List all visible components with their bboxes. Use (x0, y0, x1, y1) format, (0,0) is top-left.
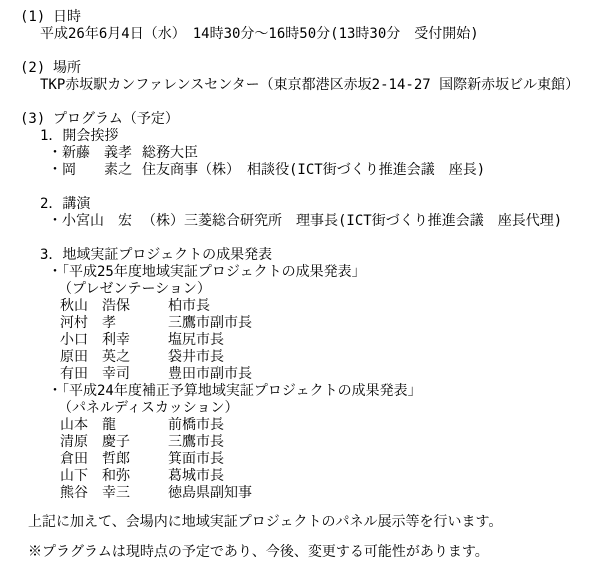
bullet-icon: ・ (48, 213, 62, 229)
person-row: 倉田 哲郎箕面市長 (0, 451, 591, 468)
person-name: 山本 龍 (60, 417, 168, 434)
speaker-row: ・小宮山 宏（株）三菱総合研究所 理事長(ICT街づくり推進会議 座長代理) (0, 213, 591, 230)
subsection-h25-title: ・「平成25年度地域実証プロジェクトの成果発表」 (0, 264, 591, 281)
speaker-title: （株）三菱総合研究所 理事長(ICT街づくり推進会議 座長代理) (142, 213, 562, 229)
speaker-row: ・新藤 義孝総務大臣 (0, 145, 591, 162)
section-program-heading: (3)プログラム（予定） (0, 111, 591, 128)
event-announcement-document: (1)日時 平成26年6月4日（水） 14時30分～16時50分(13時30分 … (0, 0, 591, 568)
person-name: 小口 利幸 (60, 332, 168, 349)
person-row: 熊谷 幸三徳島県副知事 (0, 485, 591, 502)
person-row: 河村 孝三鷹市副市長 (0, 315, 591, 332)
person-name: 倉田 哲郎 (60, 451, 168, 468)
format-label-panel-discussion: （パネルディスカッション） (0, 400, 591, 417)
person-name: 清原 慶子 (60, 434, 168, 451)
subsection-h24-title: ・「平成24年度補正予算地域実証プロジェクトの成果発表」 (0, 383, 591, 400)
person-row: 清原 慶子三鷹市長 (0, 434, 591, 451)
speaker-title: 住友商事（株） 相談役(ICT街づくり推進会議 座長) (142, 162, 485, 178)
person-name: 原田 英之 (60, 349, 168, 366)
speaker-row: ・岡 素之住友商事（株） 相談役(ICT街づくり推進会議 座長) (0, 162, 591, 179)
speaker-name: 小宮山 宏 (62, 213, 142, 230)
section-heading-text: 日時 (53, 9, 81, 25)
note-panel-exhibit: 上記に加えて、会場内に地域実証プロジェクトのパネル展示等を行います。 (0, 514, 591, 531)
section-number: (3) (20, 111, 53, 128)
person-title: 葛城市長 (168, 468, 224, 484)
section-number: (1) (20, 9, 53, 26)
datetime-value: 平成26年6月4日（水） 14時30分～16時50分(13時30分 受付開始) (0, 26, 591, 43)
program-item-opening-label: 1．開会挨拶 (0, 128, 591, 145)
person-title: 柏市長 (168, 298, 210, 314)
person-title: 袋井市長 (168, 349, 224, 365)
person-row: 原田 英之袋井市長 (0, 349, 591, 366)
section-number: (2) (20, 60, 53, 77)
person-title: 塩尻市長 (168, 332, 224, 348)
bullet-icon: ・ (48, 145, 62, 161)
person-row: 有田 幸司豊田市副市長 (0, 366, 591, 383)
program-item-lecture-label: 2．講演 (0, 196, 591, 213)
person-title: 豊田市副市長 (168, 366, 252, 382)
section-heading-text: 場所 (53, 60, 81, 76)
person-title: 前橋市長 (168, 417, 224, 433)
bullet-icon: ・ (48, 162, 62, 178)
person-name: 河村 孝 (60, 315, 168, 332)
person-row: 山下 和弥葛城市長 (0, 468, 591, 485)
speaker-name: 新藤 義孝 (62, 145, 142, 162)
person-title: 三鷹市副市長 (168, 315, 252, 331)
person-title: 箕面市長 (168, 451, 224, 467)
person-row: 小口 利幸塩尻市長 (0, 332, 591, 349)
section-heading-text: プログラム（予定） (53, 111, 179, 127)
person-name: 熊谷 幸三 (60, 485, 168, 502)
section-venue-heading: (2)場所 (0, 60, 591, 77)
person-title: 三鷹市長 (168, 434, 224, 450)
speaker-title: 総務大臣 (142, 145, 198, 161)
person-row: 山本 龍前橋市長 (0, 417, 591, 434)
venue-value: TKP赤坂駅カンファレンスセンター（東京都港区赤坂2-14-27 国際新赤坂ビル… (0, 77, 591, 94)
program-item-results-label: 3．地域実証プロジェクトの成果発表 (0, 247, 591, 264)
note-disclaimer: ※プラグラムは現時点の予定であり、今後、変更する可能性があります。 (0, 544, 591, 561)
format-label-presentation: （プレゼンテーション） (0, 281, 591, 298)
person-name: 有田 幸司 (60, 366, 168, 383)
speaker-name: 岡 素之 (62, 162, 142, 179)
section-datetime-heading: (1)日時 (0, 9, 591, 26)
person-title: 徳島県副知事 (168, 485, 252, 501)
person-name: 秋山 浩保 (60, 298, 168, 315)
person-name: 山下 和弥 (60, 468, 168, 485)
person-row: 秋山 浩保柏市長 (0, 298, 591, 315)
